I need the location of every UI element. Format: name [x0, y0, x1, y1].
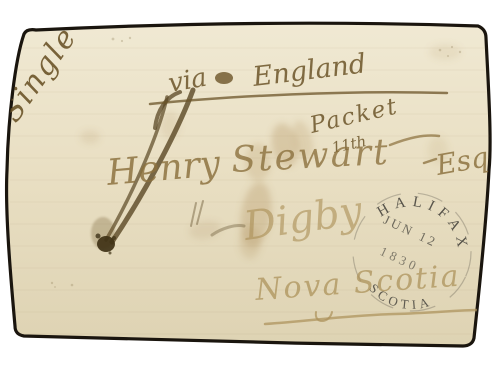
ink-smudge	[215, 72, 233, 84]
addressee-last-name: Stewart	[230, 132, 390, 181]
postal-cover-image: Single via England Packet 11th Henry Ste…	[0, 0, 500, 375]
cover-photo-page: Single via England Packet 11th Henry Ste…	[0, 0, 500, 375]
